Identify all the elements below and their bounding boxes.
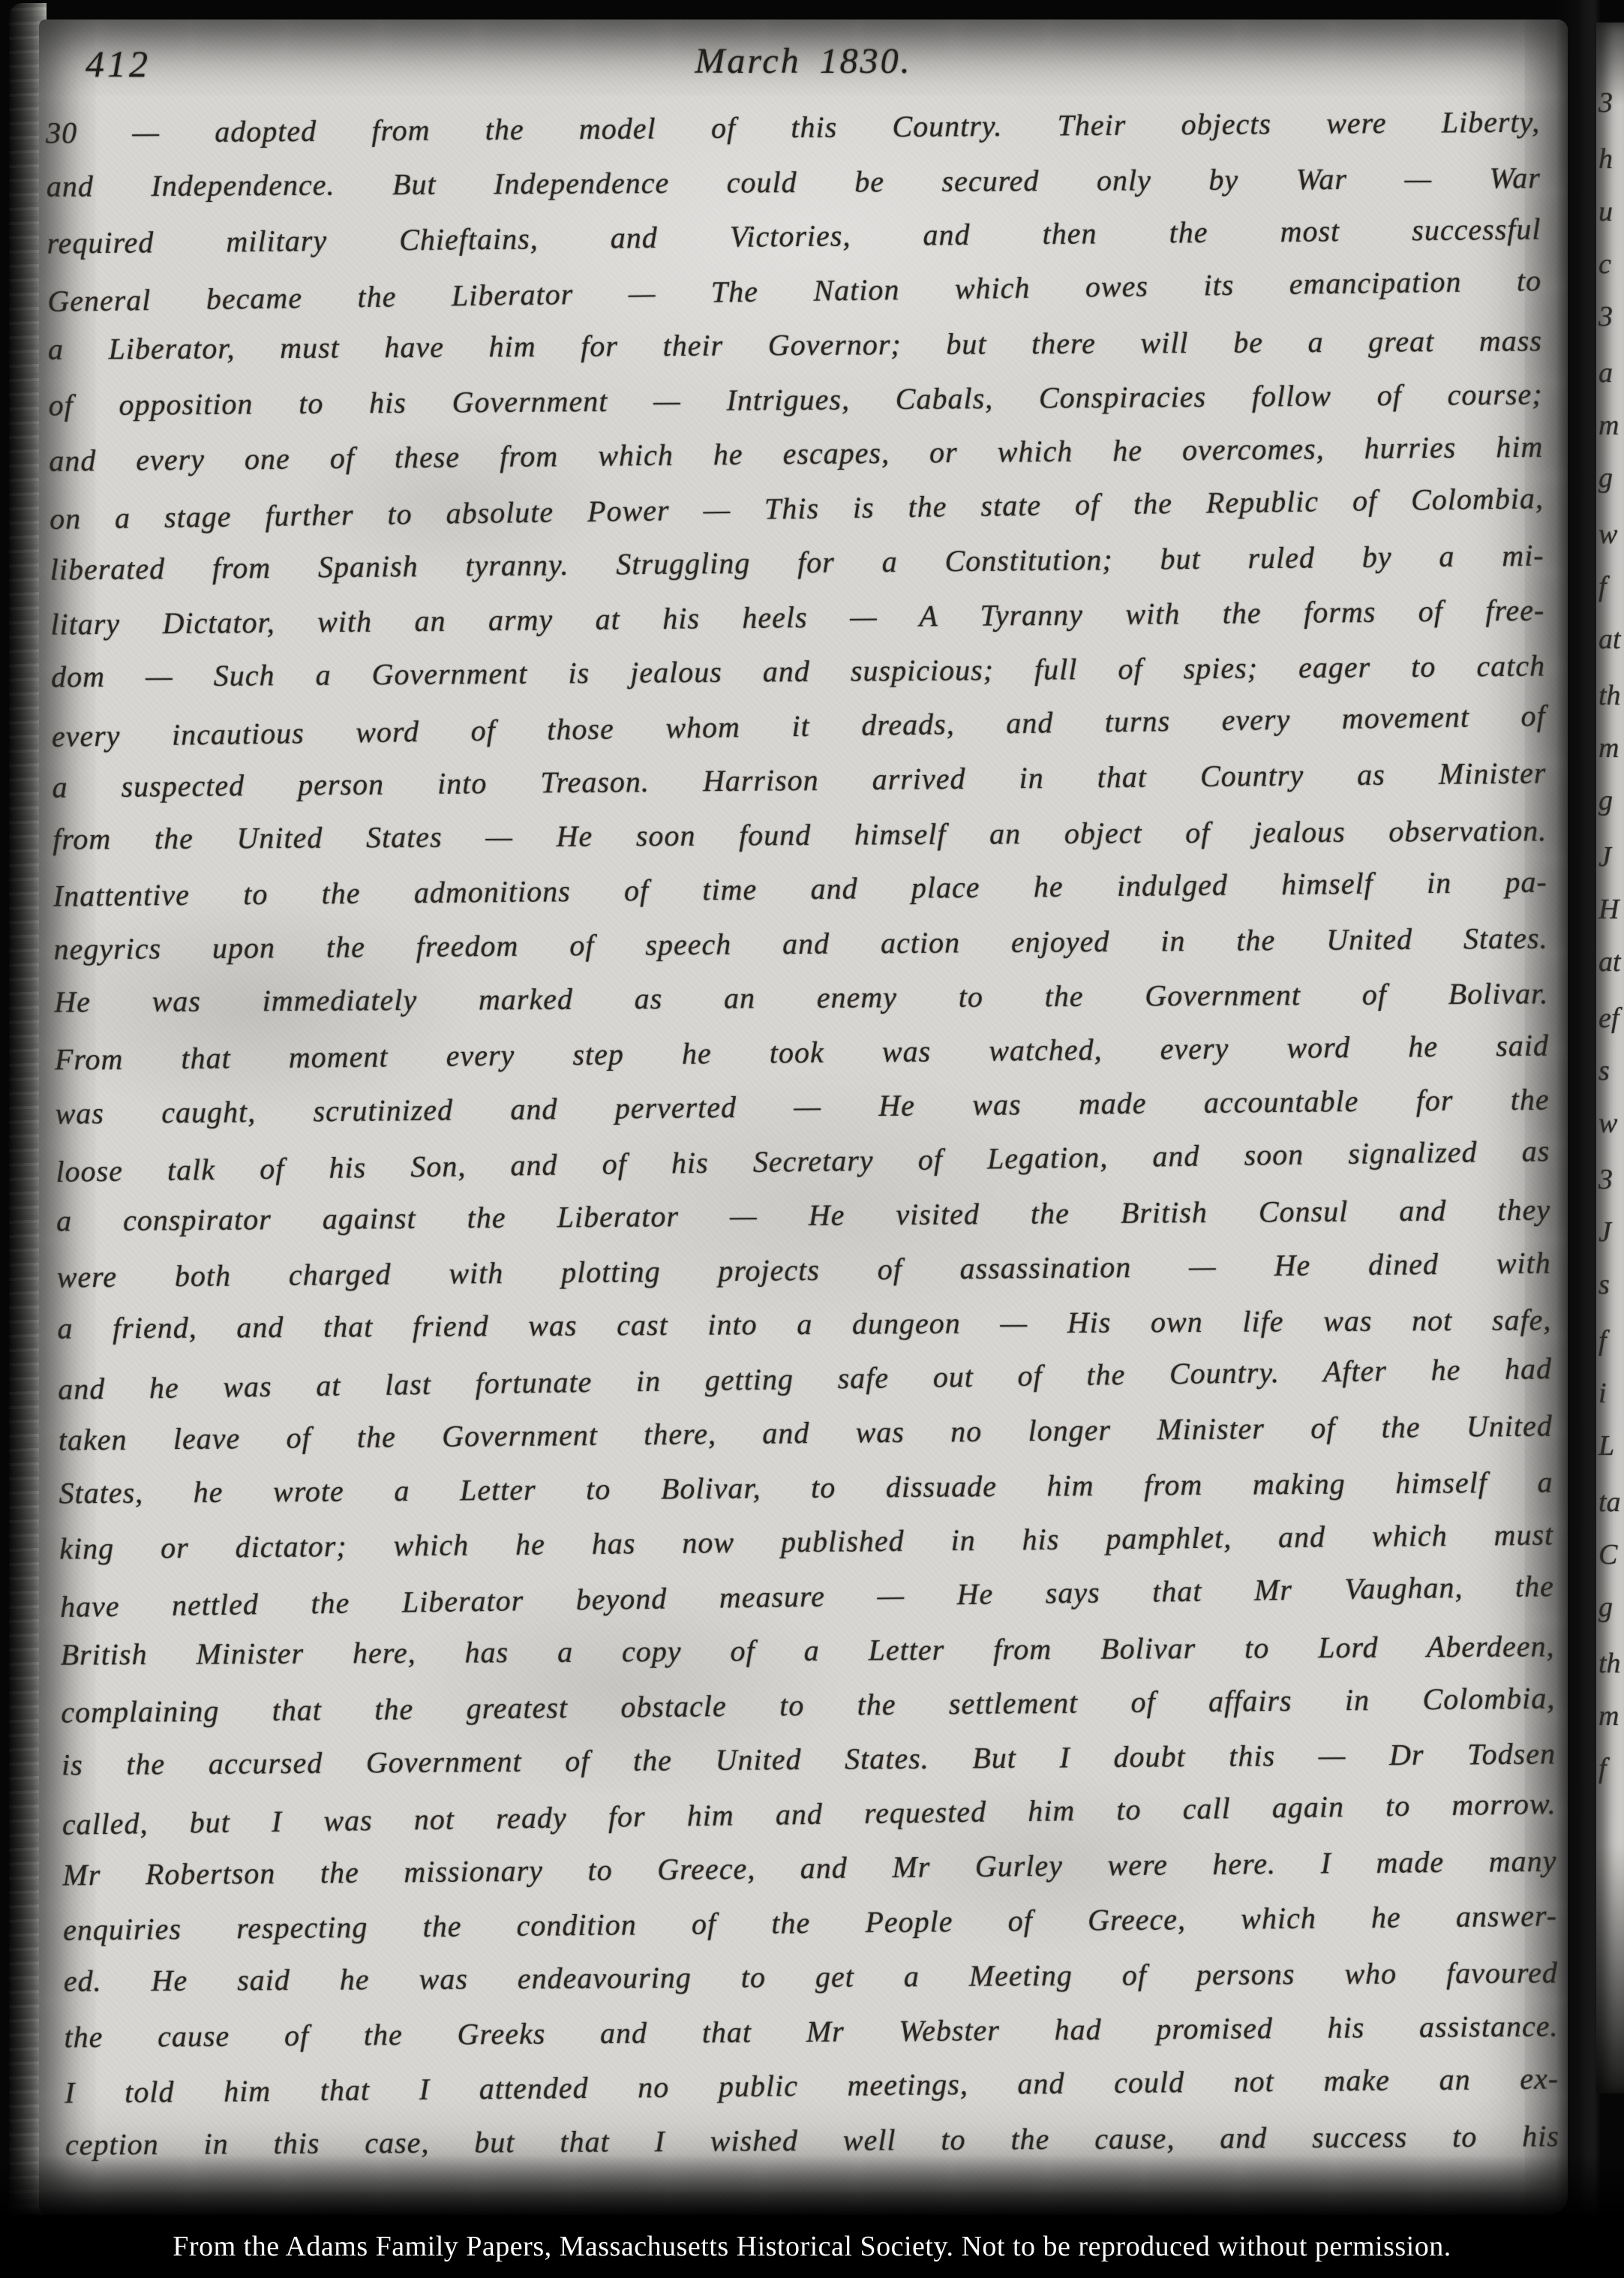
facing-page-text-fragment: H	[1598, 893, 1619, 926]
manuscript-line: from the United States — He soon found h…	[53, 804, 1547, 867]
diary-page: 412 March 1830. 30 — adopted from the mo…	[39, 20, 1568, 2215]
manuscript-line: States, he wrote a Letter to Bolivar, to…	[59, 1455, 1553, 1520]
manuscript-line: negyrics upon the freedom of speech and …	[53, 911, 1547, 976]
facing-page-text-fragment: f	[1598, 1324, 1607, 1357]
facing-page-text-fragment: ta	[1598, 1486, 1621, 1519]
facing-page-text-fragment: at	[1598, 945, 1621, 978]
facing-page-text-fragment: ef	[1598, 1002, 1619, 1035]
facing-page-text-fragment: th	[1598, 679, 1621, 712]
page-header-date: March 1830.	[39, 41, 1568, 82]
facing-page-text-fragment: w	[1598, 518, 1617, 551]
facing-page-text-fragment: f	[1598, 1752, 1607, 1785]
manuscript-line: of opposition to his Government — Intrig…	[48, 367, 1542, 432]
facing-page-text-fragment: th	[1598, 1647, 1621, 1680]
facing-page-text-fragment: 3	[1598, 300, 1613, 333]
facing-page-text-fragment: J	[1598, 840, 1611, 873]
manuscript-line: 30 — adopted from the model of this Coun…	[46, 95, 1540, 161]
manuscript-text-block: 30 — adopted from the model of this Coun…	[46, 94, 1559, 2175]
manuscript-line: a Liberator, must have him for their Gov…	[48, 314, 1542, 377]
facing-page-text-fragment: C	[1598, 1538, 1617, 1571]
manuscript-line: British Minister here, has a copy of a L…	[60, 1619, 1554, 1682]
credit-bar: From the Adams Family Papers, Massachuse…	[0, 2215, 1624, 2278]
facing-page-text-fragment: u	[1598, 195, 1613, 228]
facing-page-text-fragment: m	[1598, 409, 1619, 442]
facing-page-text-fragment: h	[1598, 143, 1613, 176]
facing-page-text-fragment: g	[1598, 1591, 1613, 1624]
paper-bottom-shadow	[0, 2155, 1624, 2218]
facing-page-text-fragment: g	[1598, 461, 1613, 494]
facing-page-text-fragment: c	[1598, 248, 1611, 281]
facing-page-text-fragment: 3	[1598, 1163, 1613, 1196]
facing-page-text-fragment: L	[1598, 1429, 1614, 1462]
manuscript-line: ed. He said he was endeavouring to get a…	[64, 1946, 1558, 2009]
facing-page-edge: 3 h u c 3 a m g w f at th m g J H	[1596, 23, 1624, 2093]
manuscript-line: and Independence. But Independence could…	[47, 151, 1541, 214]
manuscript-line: a conspirator against the Liberator — He…	[56, 1183, 1550, 1249]
credit-caption: From the Adams Family Papers, Massachuse…	[173, 2230, 1451, 2263]
manuscript-scan: 412 March 1830. 30 — adopted from the mo…	[0, 0, 1624, 2278]
facing-page-text-fragment: 3	[1598, 86, 1613, 119]
facing-page-text-fragment: w	[1598, 1107, 1617, 1140]
facing-page-text-fragment: J	[1598, 1216, 1611, 1249]
facing-page-text-fragment: f	[1598, 570, 1607, 603]
facing-page-text-fragment: s	[1598, 1054, 1610, 1087]
facing-page-text-fragment: m	[1598, 732, 1619, 765]
manuscript-line: He was immediately marked as an enemy to…	[54, 966, 1548, 1029]
facing-page-text-fragment: s	[1598, 1268, 1610, 1301]
facing-page-text-fragment: at	[1598, 623, 1621, 656]
facing-page-text-fragment: a	[1598, 356, 1613, 389]
page-gutter-shadow	[1556, 0, 1601, 2278]
manuscript-line: the cause of the Greeks and that Mr Webs…	[64, 1999, 1558, 2064]
facing-page-text-fragment: i	[1598, 1377, 1607, 1410]
facing-page-text-fragment: m	[1598, 1699, 1619, 1733]
facing-page-text-fragment: g	[1598, 784, 1613, 817]
